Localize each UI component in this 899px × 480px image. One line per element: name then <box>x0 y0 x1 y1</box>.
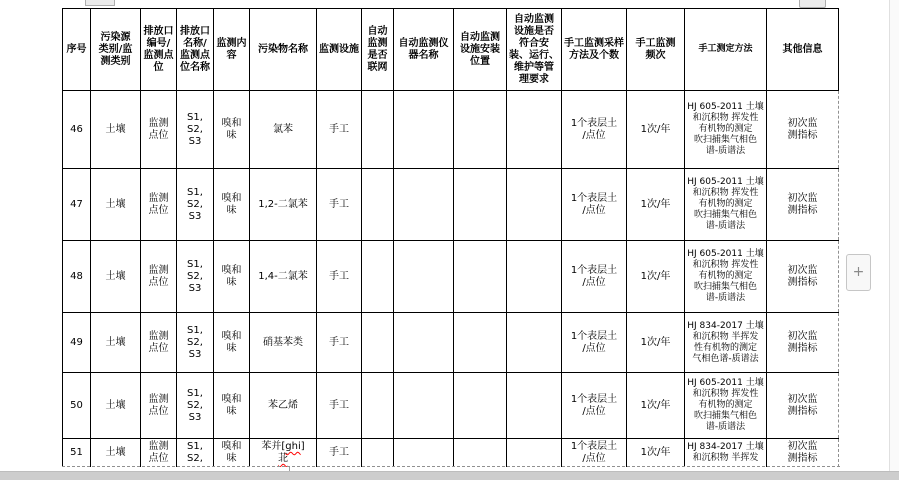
table-cell[interactable]: 手工 <box>317 241 362 313</box>
table-cell[interactable]: 1个表层土 /点位 <box>562 439 627 468</box>
table-cell[interactable]: 初次监 测指标 <box>767 169 839 241</box>
table-cell[interactable] <box>507 91 562 169</box>
column-header[interactable]: 污染源 类别/监 测类别 <box>91 9 141 91</box>
table-cell[interactable] <box>394 439 454 468</box>
table-cell[interactable]: 1个表层土 /点位 <box>562 373 627 439</box>
table-cell[interactable]: S1, S2, S3 <box>177 313 214 373</box>
table-cell[interactable]: 初次监 测指标 <box>767 439 839 468</box>
table-cell[interactable]: 1个表层土 /点位 <box>562 241 627 313</box>
column-header[interactable]: 手工测定方法 <box>685 9 767 91</box>
table-cell[interactable]: S1, S2, <box>177 439 214 468</box>
table-cell[interactable]: 初次监 测指标 <box>767 313 839 373</box>
column-header[interactable]: 自动监测 设施是否 符合安 装、运行、 维护等管 理要求 <box>507 9 562 91</box>
table-cell[interactable] <box>362 439 394 468</box>
table-cell[interactable]: 48 <box>63 241 91 313</box>
table-cell[interactable] <box>454 439 507 468</box>
table-cell[interactable]: 初次监 测指标 <box>767 373 839 439</box>
scrollbar-track[interactable] <box>889 0 899 480</box>
table-cell[interactable]: 监测 点位 <box>141 439 177 468</box>
table-row: 49土壤监测 点位S1, S2, S3嗅和 味硝基苯类手工1个表层土 /点位1次… <box>63 313 839 373</box>
table-cell[interactable]: 46 <box>63 91 91 169</box>
table-cell[interactable]: 1,4-二氯苯 <box>250 241 317 313</box>
table-cell[interactable]: HJ 834-2017 土壤 和沉积物 半挥发 <box>685 439 767 468</box>
table-row: 48土壤监测 点位S1, S2, S3嗅和 味1,4-二氯苯手工1个表层土 /点… <box>63 241 839 313</box>
table-cell[interactable] <box>394 313 454 373</box>
table-cell[interactable]: 监测 点位 <box>141 169 177 241</box>
table-cell[interactable] <box>362 313 394 373</box>
table-cell[interactable]: 1次/年 <box>627 439 685 468</box>
table-cell[interactable]: 1个表层土 /点位 <box>562 169 627 241</box>
table-cell[interactable]: 土壤 <box>91 313 141 373</box>
column-header[interactable]: 监测内 容 <box>214 9 250 91</box>
table-cell[interactable] <box>507 373 562 439</box>
table-cell[interactable]: 初次监 测指标 <box>767 91 839 169</box>
column-header[interactable]: 自动监测 设施安装 位置 <box>454 9 507 91</box>
table-handle-fragment <box>85 0 115 6</box>
table-cell[interactable] <box>362 241 394 313</box>
bottom-window-edge <box>0 471 899 480</box>
table-cell[interactable] <box>454 169 507 241</box>
table-cell[interactable]: 49 <box>63 313 91 373</box>
misspelled-text: 苝 <box>278 453 288 464</box>
table-cell[interactable]: 1次/年 <box>627 313 685 373</box>
table-cell[interactable] <box>507 241 562 313</box>
table-cell[interactable]: S1, S2, S3 <box>177 241 214 313</box>
table-cell[interactable]: 手工 <box>317 313 362 373</box>
table-cell[interactable]: 土壤 <box>91 241 141 313</box>
table-cell[interactable] <box>454 91 507 169</box>
table-cell[interactable]: 土壤 <box>91 439 141 468</box>
misspelled-text: ghi <box>285 441 300 452</box>
column-header[interactable]: 手工监测采样 方法及个数 <box>562 9 627 91</box>
table-cell[interactable]: 嗅和 味 <box>214 241 250 313</box>
table-cell[interactable]: S1, S2, S3 <box>177 373 214 439</box>
column-header[interactable]: 排放口 名称/ 监测点 位名称 <box>177 9 214 91</box>
cell-text: 苯并[ <box>261 441 285 452</box>
table-cell[interactable]: 土壤 <box>91 169 141 241</box>
table-cell[interactable]: 嗅和 味 <box>214 313 250 373</box>
table-cell[interactable]: 土壤 <box>91 373 141 439</box>
column-header[interactable]: 其他信息 <box>767 9 839 91</box>
table-cell[interactable]: 47 <box>63 169 91 241</box>
table-cell[interactable]: 1次/年 <box>627 241 685 313</box>
column-header[interactable]: 监测设施 <box>317 9 362 91</box>
table-cell[interactable] <box>394 169 454 241</box>
table-cell[interactable] <box>394 241 454 313</box>
table-cell[interactable]: 手工 <box>317 91 362 169</box>
table-cell[interactable]: S1, S2, S3 <box>177 169 214 241</box>
table-cell[interactable]: 1个表层土 /点位 <box>562 313 627 373</box>
table-cell[interactable] <box>362 169 394 241</box>
cell-text: ] <box>301 441 305 452</box>
table-header-row: 序号污染源 类别/监 测类别排放口 编号/ 监测点 位排放口 名称/ 监测点 位… <box>63 9 839 91</box>
table-cell[interactable]: 1次/年 <box>627 373 685 439</box>
table-cell[interactable] <box>507 313 562 373</box>
table-cell[interactable]: 土壤 <box>91 91 141 169</box>
table-cell[interactable]: 初次监 测指标 <box>767 241 839 313</box>
monitoring-table: 序号污染源 类别/监 测类别排放口 编号/ 监测点 位排放口 名称/ 监测点 位… <box>62 8 839 467</box>
table-cell[interactable]: 苯乙烯 <box>250 373 317 439</box>
table-cell[interactable] <box>454 373 507 439</box>
table-cell[interactable]: 手工 <box>317 439 362 468</box>
column-header[interactable]: 污染物名称 <box>250 9 317 91</box>
table-cell[interactable]: HJ 605-2011 土壤 和沉积物 挥发性 有机物的测定 吹扫捕集气相色 谱… <box>685 373 767 439</box>
table-row: 51土壤监测 点位S1, S2,嗅和 味苯并[ghi] 苝手工1个表层土 /点位… <box>63 439 839 468</box>
monitoring-table-wrap: 序号污染源 类别/监 测类别排放口 编号/ 监测点 位排放口 名称/ 监测点 位… <box>62 8 840 467</box>
table-cell[interactable] <box>507 439 562 468</box>
table-cell[interactable]: HJ 605-2011 土壤 和沉积物 挥发性 有机物的测定 吹扫捕集气相色 谱… <box>685 169 767 241</box>
table-cell[interactable] <box>362 91 394 169</box>
table-cell[interactable] <box>362 373 394 439</box>
table-cell[interactable]: 嗅和 味 <box>214 373 250 439</box>
table-cell[interactable]: S1, S2, S3 <box>177 91 214 169</box>
table-cell[interactable]: 50 <box>63 373 91 439</box>
table-cell[interactable]: 1个表层土 /点位 <box>562 91 627 169</box>
table-cell[interactable]: 1,2-二氯苯 <box>250 169 317 241</box>
table-cell[interactable]: 苯并[ghi] 苝 <box>250 439 317 468</box>
table-cell[interactable] <box>394 373 454 439</box>
column-header[interactable]: 排放口 编号/ 监测点 位 <box>141 9 177 91</box>
table-cell[interactable]: 氯苯 <box>250 91 317 169</box>
table-cell[interactable] <box>507 169 562 241</box>
table-cell[interactable]: HJ 605-2011 土壤 和沉积物 挥发性 有机物的测定 吹扫捕集气相色 谱… <box>685 91 767 169</box>
table-cell[interactable]: 硝基苯类 <box>250 313 317 373</box>
insert-row-plus-button[interactable]: + <box>846 254 871 291</box>
table-row: 46土壤监测 点位S1, S2, S3嗅和 味氯苯手工1个表层土 /点位1次/年… <box>63 91 839 169</box>
column-header[interactable]: 序号 <box>63 9 91 91</box>
table-cell[interactable]: 监测 点位 <box>141 241 177 313</box>
table-cell[interactable] <box>394 91 454 169</box>
table-cell[interactable]: 监测 点位 <box>141 373 177 439</box>
table-row: 47土壤监测 点位S1, S2, S3嗅和 味1,2-二氯苯手工1个表层土 /点… <box>63 169 839 241</box>
table-cell[interactable] <box>454 313 507 373</box>
table-cell[interactable]: 嗅和 味 <box>214 169 250 241</box>
table-cell[interactable]: HJ 605-2011 土壤 和沉积物 挥发性 有机物的测定 吹扫捕集气相色 谱… <box>685 241 767 313</box>
table-cell[interactable]: 手工 <box>317 373 362 439</box>
table-cell[interactable]: HJ 834-2017 土壤 和沉积物 半挥发 性有机物的测定 气相色谱-质谱法 <box>685 313 767 373</box>
table-cell[interactable]: 嗅和 味 <box>214 91 250 169</box>
table-cell[interactable]: 手工 <box>317 169 362 241</box>
table-cell[interactable]: 嗅和 味 <box>214 439 250 468</box>
column-header[interactable]: 手工监测 频次 <box>627 9 685 91</box>
table-row: 50土壤监测 点位S1, S2, S3嗅和 味苯乙烯手工1个表层土 /点位1次/… <box>63 373 839 439</box>
document-page: 序号污染源 类别/监 测类别排放口 编号/ 监测点 位排放口 名称/ 监测点 位… <box>0 0 899 480</box>
column-header[interactable]: 自动监测仪 器名称 <box>394 9 454 91</box>
table-handle-fragment-2 <box>799 0 826 8</box>
table-cell[interactable]: 1次/年 <box>627 169 685 241</box>
table-cell[interactable]: 1次/年 <box>627 91 685 169</box>
table-cell[interactable] <box>454 241 507 313</box>
table-cell[interactable]: 监测 点位 <box>141 91 177 169</box>
table-cell[interactable]: 51 <box>63 439 91 468</box>
page-break-line <box>62 466 840 467</box>
table-cell[interactable]: 监测 点位 <box>141 313 177 373</box>
column-header[interactable]: 自动 监测 是否 联网 <box>362 9 394 91</box>
